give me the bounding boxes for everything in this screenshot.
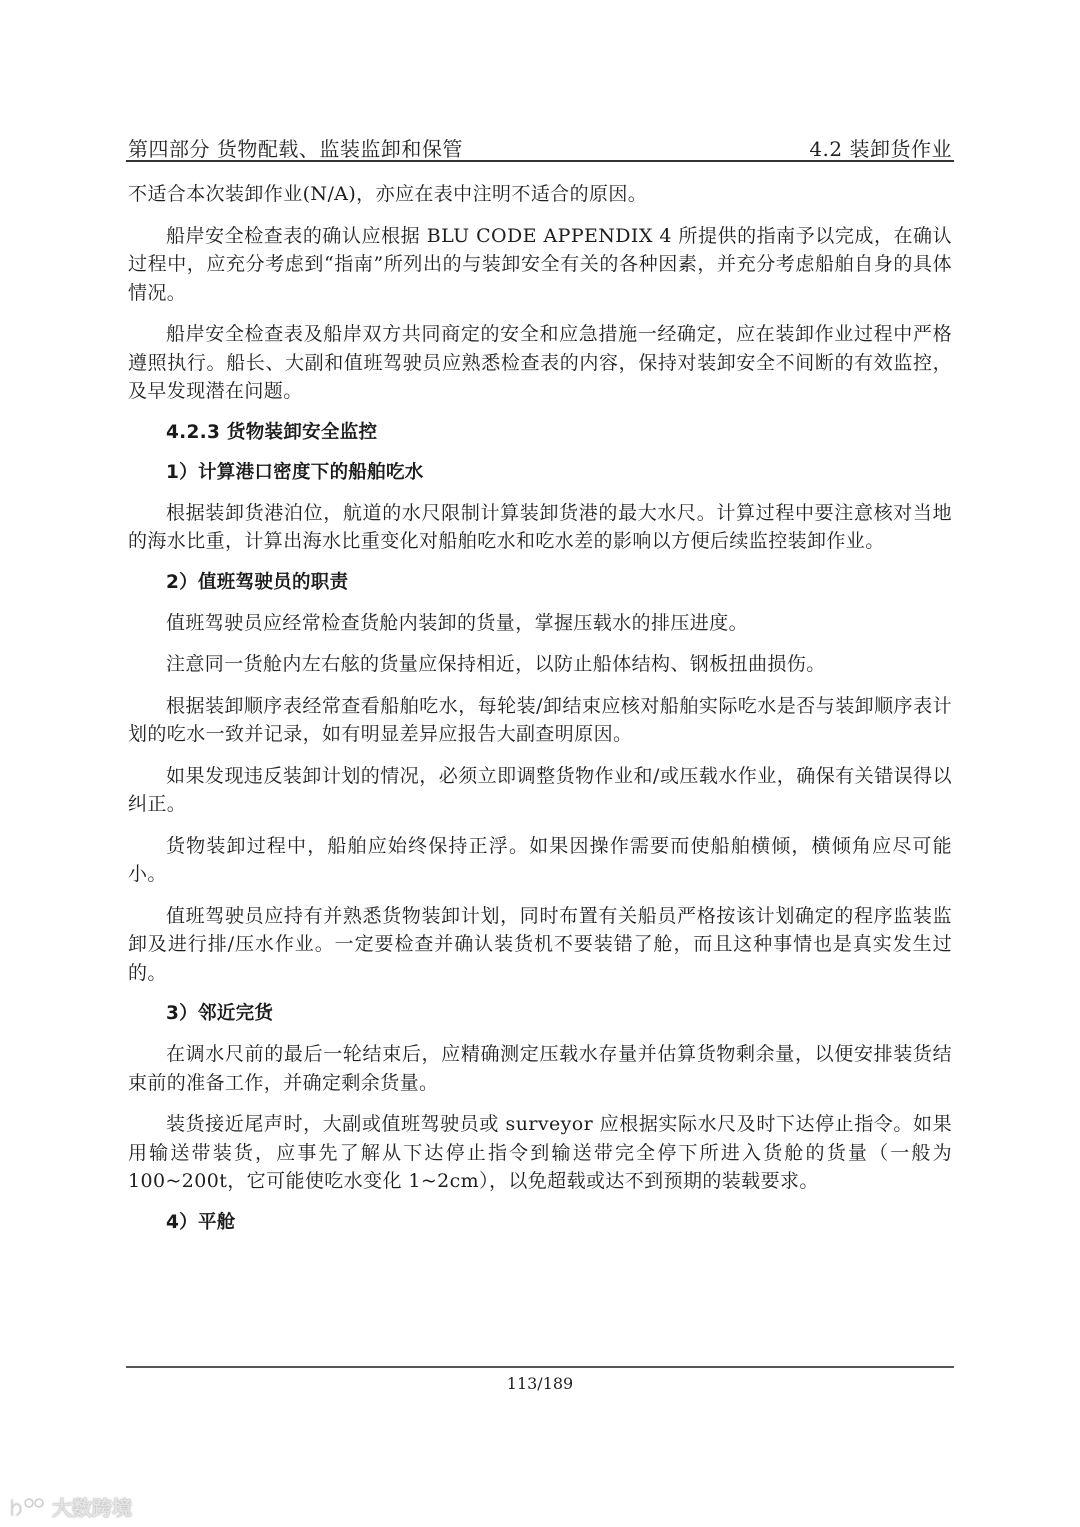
paragraph: 货物装卸过程中，船舶应始终保持正浮。如果因操作需要而使船舶横倾，横倾角应尽可能小… (128, 832, 952, 889)
header-chapter-title: 第四部分 货物配载、监装监卸和保管 (128, 133, 463, 162)
header-section-title: 4.2 装卸货作业 (809, 133, 952, 162)
paragraph: 值班驾驶员应经常检查货舱内装卸的货量，掌握压载水的排压进度。 (128, 609, 952, 638)
subsection-heading: 1）计算港口密度下的船舶吃水 (128, 459, 952, 487)
paragraph: 根据装卸货港泊位，航道的水尺限制计算装卸货港的最大水尺。计算过程中要注意核对当地… (128, 499, 952, 556)
paragraph: 在调水尺前的最后一轮结束后，应精确测定压载水存量并估算货物剩余量，以便安排装货结… (128, 1040, 952, 1097)
paragraph: 如果发现违反装卸计划的情况，必须立即调整货物作业和/或压载水作业，确保有关错误得… (128, 762, 952, 819)
paragraph: 注意同一货舱内左右舷的货量应保持相近，以防止船体结构、钢板扭曲损伤。 (128, 650, 952, 679)
brand-logo-icon (8, 1496, 48, 1518)
paragraph: 船岸安全检查表及船岸双方共同商定的安全和应急措施一经确定，应在装卸作业过程中严格… (128, 320, 952, 406)
footer-divider (126, 1366, 954, 1368)
subsection-heading: 4）平舱 (128, 1209, 952, 1237)
paragraph: 船岸安全检查表的确认应根据 BLU CODE APPENDIX 4 所提供的指南… (128, 222, 952, 308)
subsection-heading: 3）邻近完货 (128, 1000, 952, 1028)
running-header: 第四部分 货物配载、监装监卸和保管 4.2 装卸货作业 (128, 128, 952, 162)
watermark: 大数跨境 (8, 1492, 132, 1521)
section-heading: 4.2.3 货物装卸安全监控 (128, 419, 952, 447)
header-divider (126, 160, 954, 162)
paragraph: 根据装卸顺序表经常查看船舶吃水，每轮装/卸结束应核对船舶实际吃水是否与装卸顺序表… (128, 692, 952, 749)
paragraph: 装货接近尾声时，大副或值班驾驶员或 surveyor 应根据实际水尺及时下达停止… (128, 1110, 952, 1196)
page-number: 113/189 (0, 1374, 1080, 1393)
page-body: 不适合本次装卸作业(N/A)，亦应在表中注明不适合的原因。 船岸安全检查表的确认… (128, 180, 952, 1249)
watermark-text: 大数跨境 (52, 1492, 132, 1521)
paragraph: 不适合本次装卸作业(N/A)，亦应在表中注明不适合的原因。 (128, 180, 952, 209)
subsection-heading: 2）值班驾驶员的职责 (128, 569, 952, 597)
paragraph: 值班驾驶员应持有并熟悉货物装卸计划，同时布置有关船员严格按该计划确定的程序监装监… (128, 902, 952, 988)
